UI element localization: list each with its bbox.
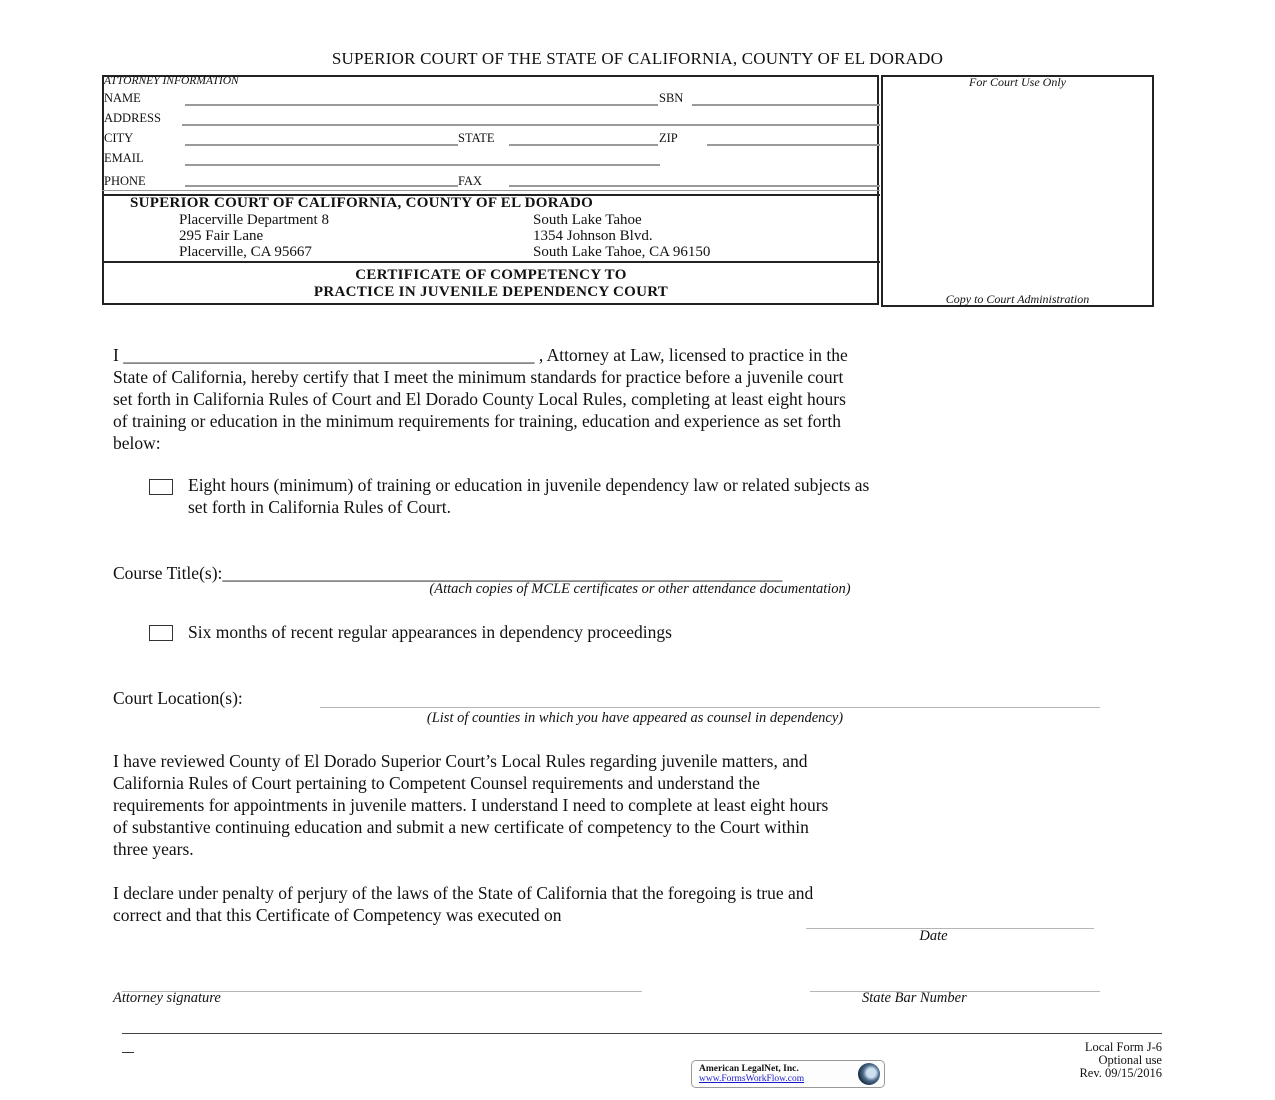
intro-line-4: of training or education in the minimum …: [113, 410, 1163, 432]
attorney-name-blank[interactable]: ________________________________________…: [123, 345, 534, 365]
zip-label: ZIP: [659, 131, 678, 146]
state-label: STATE: [458, 131, 495, 146]
training-label-line-2: set forth in California Rules of Court.: [188, 496, 869, 518]
intro-line-1: I ______________________________________…: [113, 344, 1163, 366]
court-use-label: For Court Use Only: [881, 75, 1154, 90]
court-header-title: SUPERIOR COURT OF THE STATE OF CALIFORNI…: [0, 49, 1275, 69]
name-label: NAME: [104, 91, 141, 106]
form-revision: Rev. 09/15/2016: [990, 1067, 1162, 1080]
date-label: Date: [806, 928, 1061, 945]
city-underline: [185, 144, 458, 146]
date-input[interactable]: [806, 910, 1094, 927]
vendor-url-link[interactable]: www.FormsWorkFlow.com: [699, 1074, 804, 1084]
zip-input[interactable]: [708, 130, 878, 144]
court-use-box: [881, 75, 1154, 307]
course-titles-label: Course Title(s):: [113, 563, 222, 583]
sbn-label: SBN: [659, 91, 683, 106]
address-input[interactable]: [185, 110, 878, 124]
attorney-info-label: ATTORNEY INFORMATION: [104, 75, 239, 87]
course-titles-note: (Attach copies of MCLE certificates or o…: [300, 581, 980, 598]
review-line-3: requirements for appointments in juvenil…: [113, 794, 1163, 816]
declaration-line-1: I declare under penalty of perjury of th…: [113, 882, 1163, 904]
section-divider: [102, 190, 880, 191]
city-input[interactable]: [185, 130, 455, 144]
location-1-line-2: 295 Fair Lane: [179, 228, 263, 245]
phone-input[interactable]: [185, 172, 455, 186]
globe-logo-icon: [858, 1063, 880, 1085]
course-titles-blank[interactable]: ________________________________________…: [222, 563, 782, 583]
location-2-line-1: South Lake Tahoe: [533, 212, 642, 229]
location-1-line-1: Placerville Department 8: [179, 212, 329, 229]
phone-underline: [185, 185, 458, 187]
footer-rule: [122, 1033, 1162, 1034]
training-checkbox-label: Eight hours (minimum) of training or edu…: [188, 474, 869, 518]
attorney-signature-label: Attorney signature: [113, 990, 221, 1007]
location-2-line-3: South Lake Tahoe, CA 96150: [533, 244, 710, 261]
form-info: Local Form J-6 Optional use Rev. 09/15/2…: [990, 1041, 1162, 1080]
address-label: ADDRESS: [104, 111, 161, 126]
review-line-4: of substantive continuing education and …: [113, 816, 1163, 838]
form-title-line-1: CERTIFICATE OF COMPETENCY TO: [102, 267, 880, 284]
state-underline: [509, 144, 658, 146]
review-line-2: California Rules of Court pertaining to …: [113, 772, 1163, 794]
intro-text: , Attorney at Law, licensed to practice …: [539, 345, 848, 365]
city-label: CITY: [104, 131, 133, 146]
fax-input[interactable]: [510, 172, 878, 186]
footer-dash: [122, 1052, 134, 1053]
review-line-1: I have reviewed County of El Dorado Supe…: [113, 750, 1163, 772]
email-underline: [185, 164, 660, 166]
intro-line-3: set forth in California Rules of Court a…: [113, 388, 1163, 410]
court-locations-label: Court Location(s):: [113, 687, 243, 709]
intro-prefix: I: [113, 345, 119, 365]
appearances-checkbox[interactable]: [149, 625, 173, 641]
address-underline: [182, 124, 880, 126]
sbn-input[interactable]: [693, 90, 878, 104]
form-title-line-2: PRACTICE IN JUVENILE DEPENDENCY COURT: [102, 284, 880, 301]
review-paragraph: I have reviewed County of El Dorado Supe…: [113, 750, 1163, 860]
court-locations-note: (List of counties in which you have appe…: [300, 710, 970, 727]
fax-label: FAX: [458, 174, 482, 189]
intro-line-2: State of California, hereby certify that…: [113, 366, 1163, 388]
zip-underline: [707, 144, 880, 146]
name-input[interactable]: [185, 90, 655, 104]
state-bar-number-input[interactable]: [810, 972, 1098, 990]
email-label: EMAIL: [104, 151, 144, 166]
intro-line-5: below:: [113, 432, 1163, 454]
court-locations-input[interactable]: [320, 688, 1098, 706]
court-locations-underline: [320, 707, 1100, 708]
training-label-line-1: Eight hours (minimum) of training or edu…: [188, 474, 869, 496]
phone-label: PHONE: [104, 174, 146, 189]
copy-to-admin-note: Copy to Court Administration: [881, 292, 1154, 307]
sbn-underline: [692, 104, 880, 106]
certification-paragraph: I ______________________________________…: [113, 344, 1163, 454]
location-1-line-3: Placerville, CA 95667: [179, 244, 312, 261]
training-checkbox[interactable]: [149, 479, 173, 495]
court-name: SUPERIOR COURT OF CALIFORNIA, COUNTY OF …: [130, 195, 593, 212]
state-input[interactable]: [510, 130, 655, 144]
review-line-5: three years.: [113, 838, 1163, 860]
section-divider: [102, 261, 880, 263]
appearances-checkbox-label: Six months of recent regular appearances…: [188, 621, 672, 643]
name-underline: [185, 104, 658, 106]
state-bar-number-label: State Bar Number: [862, 990, 967, 1007]
attorney-signature-input[interactable]: [122, 972, 642, 990]
vendor-badge[interactable]: American LegalNet, Inc. www.FormsWorkFlo…: [691, 1060, 885, 1088]
email-input[interactable]: [185, 150, 657, 164]
vendor-name: American LegalNet, Inc.: [699, 1064, 799, 1074]
location-2-line-2: 1354 Johnson Blvd.: [533, 228, 653, 245]
fax-underline: [509, 185, 880, 187]
